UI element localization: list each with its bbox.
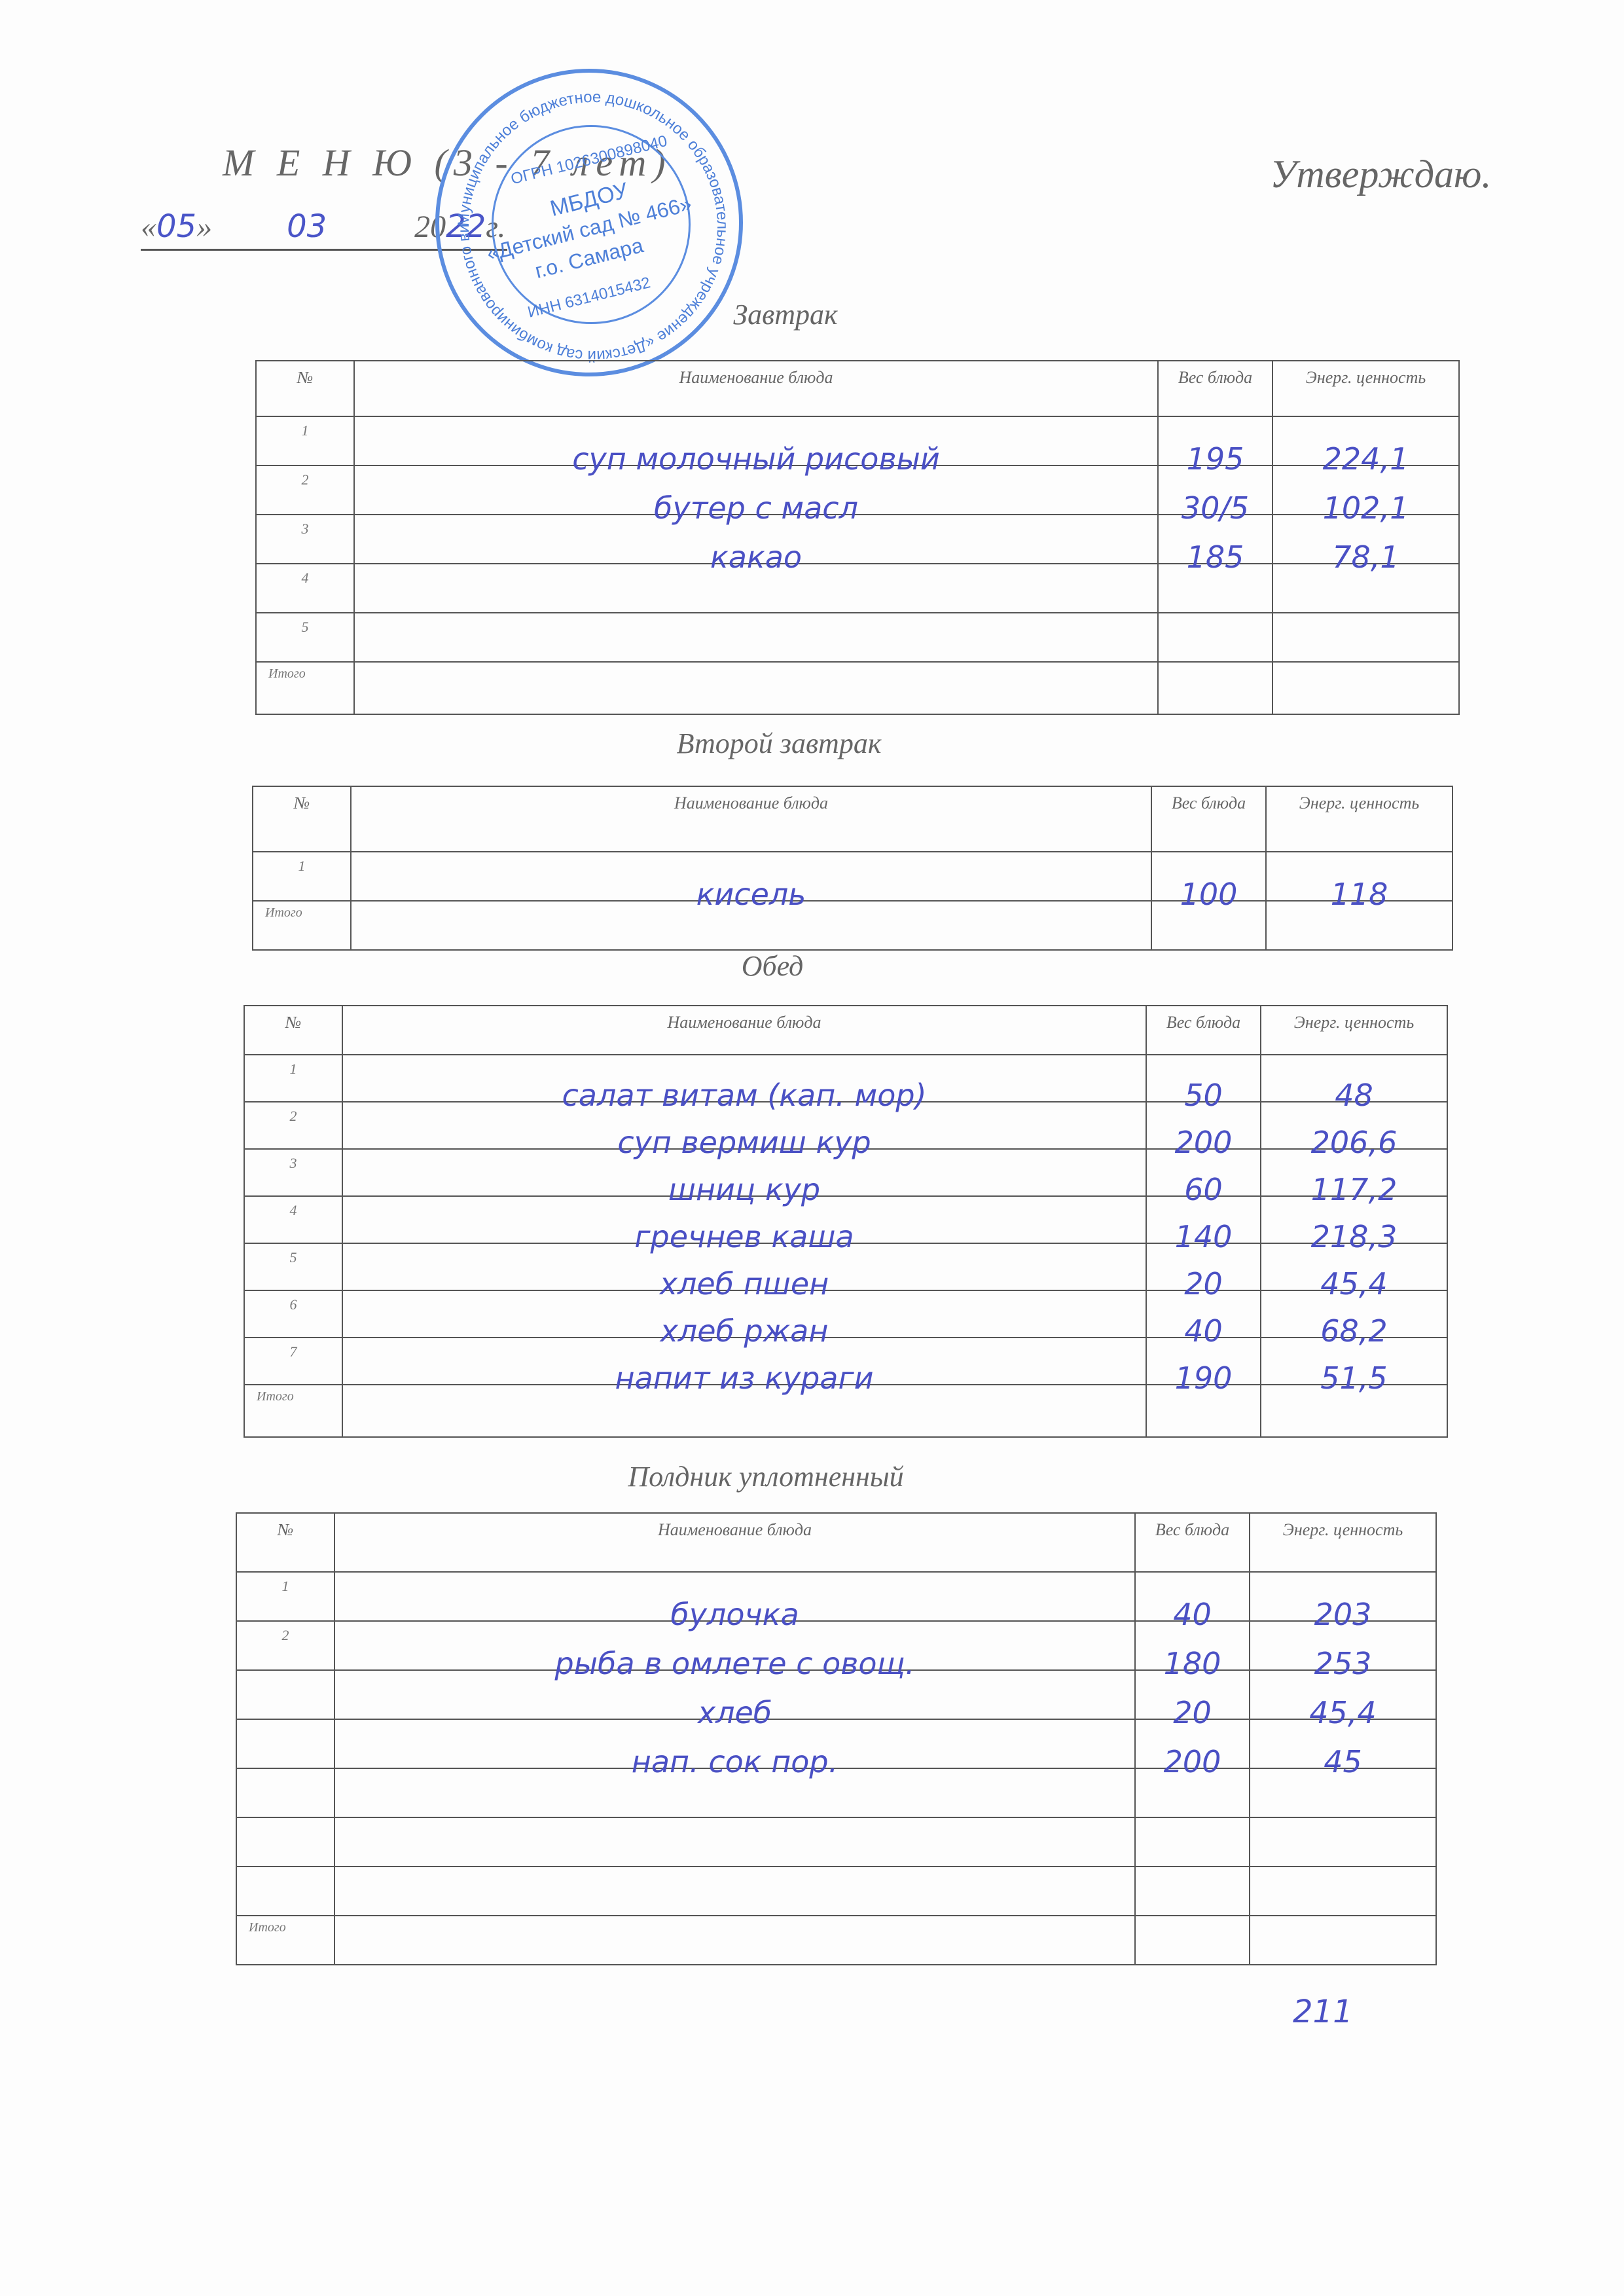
table-row: 3какао18578,1 bbox=[256, 515, 1459, 564]
section-title-lunch: Обед bbox=[511, 949, 1034, 983]
table-row: 1кисель100118 bbox=[253, 852, 1453, 901]
total-value-cell bbox=[1158, 662, 1272, 714]
dish-weight-cell: 60 bbox=[1146, 1149, 1261, 1196]
dish-name-cell: нап. сок пор. bbox=[334, 1719, 1135, 1768]
dish-weight-cell bbox=[1158, 613, 1272, 662]
dish-weight-cell: 40 bbox=[1135, 1572, 1250, 1621]
row-number: 6 bbox=[244, 1290, 342, 1338]
dish-weight-cell: 180 bbox=[1135, 1621, 1250, 1670]
dish-energy-cell: 45,4 bbox=[1261, 1243, 1447, 1290]
date-day: 05 bbox=[156, 208, 196, 245]
dish-name-cell bbox=[334, 1867, 1135, 1916]
row-number: 1 bbox=[244, 1055, 342, 1102]
dish-energy-cell: 45,4 bbox=[1250, 1670, 1436, 1719]
dish-weight-cell: 20 bbox=[1135, 1670, 1250, 1719]
table-row: 2бутер с масл30/5102,1 bbox=[256, 465, 1459, 515]
row-number: 7 bbox=[244, 1338, 342, 1385]
section-title-second-breakfast: Второй завтрак bbox=[517, 727, 1041, 760]
dish-weight-cell: 195 bbox=[1158, 416, 1272, 465]
column-header-energy: Энерг. ценность bbox=[1250, 1513, 1436, 1572]
dish-name-cell: напит из кураги bbox=[342, 1338, 1146, 1385]
total-value-cell bbox=[1250, 1916, 1436, 1965]
row-number bbox=[236, 1670, 334, 1719]
dish-weight-cell: 200 bbox=[1135, 1719, 1250, 1768]
total-value-cell bbox=[1272, 662, 1459, 714]
dish-weight-cell: 200 bbox=[1146, 1102, 1261, 1149]
dish-energy: 118 bbox=[1267, 877, 1452, 912]
breakfast-table: №Наименование блюдаВес блюдаЭнерг. ценно… bbox=[255, 360, 1460, 715]
row-number: 2 bbox=[244, 1102, 342, 1149]
dish-energy-cell bbox=[1250, 1817, 1436, 1867]
dish-name-cell bbox=[334, 1768, 1135, 1817]
dish-energy-cell bbox=[1272, 564, 1459, 613]
row-number: 2 bbox=[256, 465, 354, 515]
date-open-quote: « bbox=[141, 209, 156, 245]
column-header-dish-name: Наименование блюда bbox=[354, 361, 1158, 416]
dish-name-cell bbox=[334, 1817, 1135, 1867]
dish-name: напит из кураги bbox=[343, 1360, 1146, 1396]
table-row: 6хлеб ржан4068,2 bbox=[244, 1290, 1447, 1338]
dish-weight-cell: 185 bbox=[1158, 515, 1272, 564]
total-label: Итого bbox=[253, 901, 351, 950]
dish-energy-cell: 68,2 bbox=[1261, 1290, 1447, 1338]
row-number: 1 bbox=[236, 1572, 334, 1621]
row-number bbox=[236, 1867, 334, 1916]
column-header-number: № bbox=[244, 1006, 342, 1055]
section-title-breakfast: Завтрак bbox=[524, 298, 1047, 331]
table-row: 2рыба в омлете с овощ.180253 bbox=[236, 1621, 1436, 1670]
dish-energy-cell: 102,1 bbox=[1272, 465, 1459, 515]
column-header-number: № bbox=[253, 786, 351, 852]
total-row: Итого bbox=[236, 1916, 1436, 1965]
column-header-dish-name: Наименование блюда bbox=[342, 1006, 1146, 1055]
dish-name-cell: хлеб bbox=[334, 1670, 1135, 1719]
dish-name-cell: салат витам (кап. мор) bbox=[342, 1055, 1146, 1102]
dish-name-cell: шниц кур bbox=[342, 1149, 1146, 1196]
column-header-weight: Вес блюда bbox=[1158, 361, 1272, 416]
column-header-energy: Энерг. ценность bbox=[1272, 361, 1459, 416]
dish-name-cell: булочка bbox=[334, 1572, 1135, 1621]
row-number: 5 bbox=[244, 1243, 342, 1290]
row-number: 4 bbox=[244, 1196, 342, 1243]
dish-name-cell: суп вермиш кур bbox=[342, 1102, 1146, 1149]
column-header-energy: Энерг. ценность bbox=[1266, 786, 1453, 852]
row-number: 5 bbox=[256, 613, 354, 662]
total-row: Итого bbox=[256, 662, 1459, 714]
row-number bbox=[236, 1768, 334, 1817]
date-close-quote: » bbox=[196, 209, 212, 245]
dish-name: кисель bbox=[352, 877, 1151, 912]
table-row: 4 bbox=[256, 564, 1459, 613]
dish-energy-cell bbox=[1250, 1867, 1436, 1916]
table-row: 5хлеб пшен2045,4 bbox=[244, 1243, 1447, 1290]
table-row bbox=[236, 1817, 1436, 1867]
dish-energy-cell: 117,2 bbox=[1261, 1149, 1447, 1196]
table-row bbox=[236, 1867, 1436, 1916]
table-row: 3шниц кур60117,2 bbox=[244, 1149, 1447, 1196]
table-row: 4гречнев каша140218,3 bbox=[244, 1196, 1447, 1243]
table-row bbox=[236, 1768, 1436, 1817]
column-header-number: № bbox=[256, 361, 354, 416]
dish-energy-cell: 203 bbox=[1250, 1572, 1436, 1621]
dish-energy-cell: 224,1 bbox=[1272, 416, 1459, 465]
column-header-weight: Вес блюда bbox=[1146, 1006, 1261, 1055]
dish-name-cell: рыба в омлете с овощ. bbox=[334, 1621, 1135, 1670]
total-label: Итого bbox=[256, 662, 354, 714]
column-header-weight: Вес блюда bbox=[1135, 1513, 1250, 1572]
dish-energy-cell: 48 bbox=[1261, 1055, 1447, 1102]
dish-energy-cell: 45 bbox=[1250, 1719, 1436, 1768]
column-header-dish-name: Наименование блюда bbox=[351, 786, 1151, 852]
row-number: 2 bbox=[236, 1621, 334, 1670]
dish-weight-cell: 30/5 bbox=[1158, 465, 1272, 515]
row-number: 4 bbox=[256, 564, 354, 613]
table-header-row: №Наименование блюдаВес блюдаЭнерг. ценно… bbox=[253, 786, 1453, 852]
total-label: Итого bbox=[244, 1385, 342, 1437]
afternoon-snack-table: №Наименование блюдаВес блюдаЭнерг. ценно… bbox=[236, 1512, 1437, 1965]
table-header-row: №Наименование блюдаВес блюдаЭнерг. ценно… bbox=[244, 1006, 1447, 1055]
dish-name-cell bbox=[354, 613, 1158, 662]
total-value-cell bbox=[1135, 1916, 1250, 1965]
page-number: 211 bbox=[1293, 1994, 1353, 2030]
row-number: 1 bbox=[253, 852, 351, 901]
dish-weight-cell: 140 bbox=[1146, 1196, 1261, 1243]
table-header-row: №Наименование блюдаВес блюдаЭнерг. ценно… bbox=[256, 361, 1459, 416]
dish-weight-cell bbox=[1135, 1768, 1250, 1817]
row-number bbox=[236, 1817, 334, 1867]
dish-energy-cell bbox=[1272, 613, 1459, 662]
column-header-number: № bbox=[236, 1513, 334, 1572]
column-header-energy: Энерг. ценность bbox=[1261, 1006, 1447, 1055]
dish-name-cell: хлеб ржан bbox=[342, 1290, 1146, 1338]
table-row: хлеб2045,4 bbox=[236, 1670, 1436, 1719]
total-value-cell bbox=[354, 662, 1158, 714]
dish-energy-cell: 51,5 bbox=[1261, 1338, 1447, 1385]
dish-weight-cell bbox=[1135, 1867, 1250, 1916]
approval-label: Утверждаю. bbox=[1270, 152, 1491, 197]
table-row: нап. сок пор.20045 bbox=[236, 1719, 1436, 1768]
dish-weight-cell bbox=[1158, 564, 1272, 613]
dish-energy-cell: 218,3 bbox=[1261, 1196, 1447, 1243]
lunch-table: №Наименование блюдаВес блюдаЭнерг. ценно… bbox=[244, 1005, 1448, 1438]
table-row: 2суп вермиш кур200206,6 bbox=[244, 1102, 1447, 1149]
table-row: 1суп молочный рисовый195224,1 bbox=[256, 416, 1459, 465]
dish-energy-cell: 253 bbox=[1250, 1621, 1436, 1670]
column-header-weight: Вес блюда bbox=[1151, 786, 1266, 852]
second-breakfast-table: №Наименование блюдаВес блюдаЭнерг. ценно… bbox=[252, 786, 1453, 951]
row-number: 3 bbox=[256, 515, 354, 564]
dish-energy-cell bbox=[1250, 1768, 1436, 1817]
dish-name-cell bbox=[354, 564, 1158, 613]
dish-weight-cell: 20 bbox=[1146, 1243, 1261, 1290]
row-number: 3 bbox=[244, 1149, 342, 1196]
row-number: 1 bbox=[256, 416, 354, 465]
dish-energy-cell: 118 bbox=[1266, 852, 1453, 901]
dish-weight: 190 bbox=[1147, 1360, 1260, 1396]
dish-weight: 100 bbox=[1152, 877, 1265, 912]
dish-name-cell: кисель bbox=[351, 852, 1151, 901]
section-title-afternoon-snack: Полдник уплотненный bbox=[504, 1460, 1028, 1493]
dish-name-cell: суп молочный рисовый bbox=[354, 416, 1158, 465]
dish-name-cell: гречнев каша bbox=[342, 1196, 1146, 1243]
date-month: 03 bbox=[287, 208, 327, 245]
dish-weight-cell: 100 bbox=[1151, 852, 1266, 901]
dish-energy-cell: 206,6 bbox=[1261, 1102, 1447, 1149]
total-label: Итого bbox=[236, 1916, 334, 1965]
column-header-dish-name: Наименование блюда bbox=[334, 1513, 1135, 1572]
dish-energy: 51,5 bbox=[1261, 1360, 1447, 1396]
dish-name-cell: какао bbox=[354, 515, 1158, 564]
table-row: 5 bbox=[256, 613, 1459, 662]
total-value-cell bbox=[334, 1916, 1135, 1965]
dish-weight-cell: 40 bbox=[1146, 1290, 1261, 1338]
table-row: 7напит из кураги19051,5 bbox=[244, 1338, 1447, 1385]
table-row: 1салат витам (кап. мор)5048 bbox=[244, 1055, 1447, 1102]
dish-name-cell: бутер с масл bbox=[354, 465, 1158, 515]
table-row: 1булочка40203 bbox=[236, 1572, 1436, 1621]
row-number bbox=[236, 1719, 334, 1768]
table-header-row: №Наименование блюдаВес блюдаЭнерг. ценно… bbox=[236, 1513, 1436, 1572]
dish-weight-cell bbox=[1135, 1817, 1250, 1867]
dish-weight-cell: 190 bbox=[1146, 1338, 1261, 1385]
dish-energy-cell: 78,1 bbox=[1272, 515, 1459, 564]
dish-weight-cell: 50 bbox=[1146, 1055, 1261, 1102]
dish-name-cell: хлеб пшен bbox=[342, 1243, 1146, 1290]
